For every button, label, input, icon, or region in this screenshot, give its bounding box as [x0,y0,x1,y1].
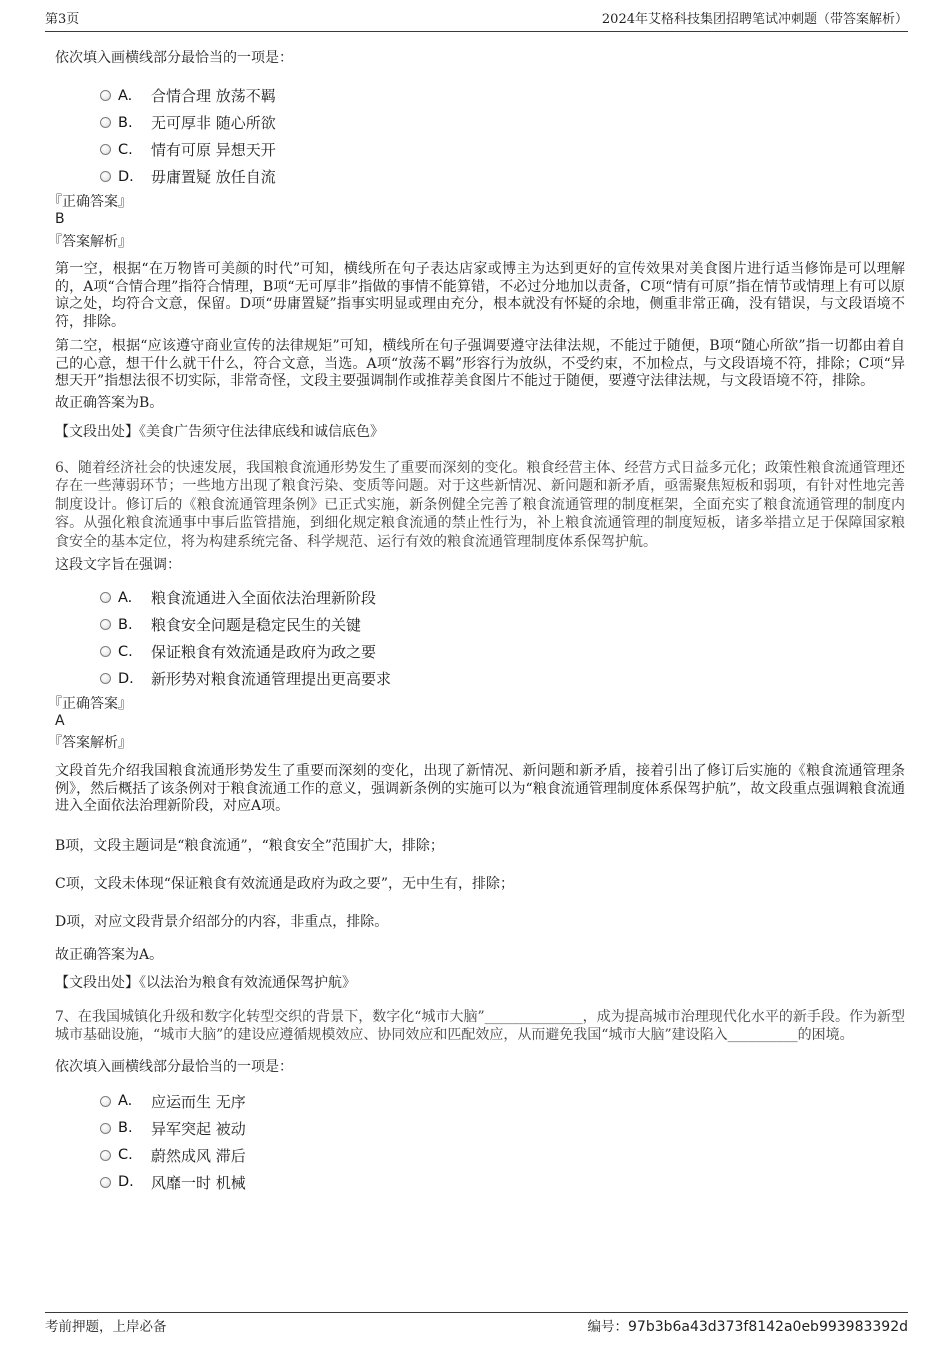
q5-option-a[interactable]: A. 合情合理 放荡不羁 [55,82,905,109]
option-letter: C. [118,142,151,158]
q5-correct-answer-value: B [55,211,905,228]
q5-option-c[interactable]: C. 情有可原 异想天开 [55,136,905,163]
q5-option-d[interactable]: D. 毋庸置疑 放任自流 [55,163,905,190]
option-letter: C. [118,1147,151,1163]
q6-option-c[interactable]: C. 保证粮食有效流通是政府为政之要 [55,638,905,665]
q6-option-d-note: D项，对应文段背景介绍部分的内容，非重点，排除。 [55,914,905,931]
option-letter: C. [118,644,151,660]
q7-prompt: 依次填入画横线部分最恰当的一项是： [55,1059,905,1076]
option-text: 蔚然成风 滞后 [151,1145,246,1166]
q6-question-text: 6、随着经济社会的快速发展，我国粮食流通形势发生了重要而深刻的变化。粮食经营主体… [55,459,905,552]
radio-button-icon[interactable] [100,90,111,101]
option-letter: B. [118,115,151,131]
q7-option-b[interactable]: B. 异军突起 被动 [55,1115,905,1142]
radio-button-icon[interactable] [100,171,111,182]
radio-button-icon[interactable] [100,1096,111,1107]
q6-correct-answer-value: A [55,713,905,730]
radio-button-icon[interactable] [100,1177,111,1188]
option-letter: A. [118,590,151,606]
page-content: 依次填入画横线部分最恰当的一项是： A. 合情合理 放荡不羁 B. 无可厚非 随… [55,48,905,1196]
option-text: 粮食安全问题是稳定民生的关键 [151,614,361,635]
q5-analysis-paragraph-2: 第二空，根据“应该遵守商业宣传的法律规矩”可知，横线所在句子强调要遵守法律法规，… [55,338,905,391]
radio-button-icon[interactable] [100,646,111,657]
page-number: 第3页 [45,12,79,28]
radio-button-icon[interactable] [100,1123,111,1134]
option-text: 合情合理 放荡不羁 [151,85,276,106]
q7-option-d[interactable]: D. 风靡一时 机械 [55,1169,905,1196]
option-text: 情有可原 异想天开 [151,139,276,160]
option-letter: A. [118,88,151,104]
option-letter: A. [118,1093,151,1109]
q6-conclusion: 故正确答案为A。 [55,947,905,964]
q5-conclusion: 故正确答案为B。 [55,395,905,412]
option-text: 异军突起 被动 [151,1118,246,1139]
page-footer: 考前押题，上岸必备 编号：97b3b6a43d373f8142a0eb99398… [45,1312,908,1335]
footer-serial-label: 编号： [588,1319,629,1335]
option-text: 应运而生 无序 [151,1091,246,1112]
option-letter: D. [118,169,151,185]
q5-correct-answer-label: 『正确答案』 [48,194,905,211]
option-letter: D. [118,1174,151,1190]
q5-options: A. 合情合理 放荡不羁 B. 无可厚非 随心所欲 C. 情有可原 异想天开 D… [55,82,905,190]
option-text: 保证粮食有效流通是政府为政之要 [151,641,376,662]
q6-options: A. 粮食流通进入全面依法治理新阶段 B. 粮食安全问题是稳定民生的关键 C. … [55,584,905,692]
radio-button-icon[interactable] [100,619,111,630]
radio-button-icon[interactable] [100,117,111,128]
document-title: 2024年艾格科技集团招聘笔试冲刺题（带答案解析） [602,12,908,28]
option-text: 新形势对粮食流通管理提出更高要求 [151,668,391,689]
q6-source: 【文段出处】《以法治为粮食有效流通保驾护航》 [55,975,905,992]
q6-option-b[interactable]: B. 粮食安全问题是稳定民生的关键 [55,611,905,638]
q6-option-d[interactable]: D. 新形势对粮食流通管理提出更高要求 [55,665,905,692]
q6-option-c-note: C项，文段未体现“保证粮食有效流通是政府为政之要”，无中生有，排除； [55,876,905,893]
option-text: 毋庸置疑 放任自流 [151,166,276,187]
q5-analysis-paragraph-1: 第一空，根据“在万物皆可美颜的时代”可知，横线所在句子表达店家或博主为达到更好的… [55,261,905,331]
option-letter: B. [118,617,151,633]
option-text: 粮食流通进入全面依法治理新阶段 [151,587,376,608]
option-letter: B. [118,1120,151,1136]
q6-option-a[interactable]: A. 粮食流通进入全面依法治理新阶段 [55,584,905,611]
q6-analysis-label: 『答案解析』 [48,735,905,752]
q5-analysis-label: 『答案解析』 [48,234,905,251]
radio-button-icon[interactable] [100,1150,111,1161]
q5-prompt: 依次填入画横线部分最恰当的一项是： [55,50,905,67]
q6-prompt: 这段文字旨在强调： [55,557,905,574]
q7-question-text: 7、在我国城镇化升级和数字化转型交织的背景下，数字化“城市大脑”________… [55,1008,905,1045]
q6-correct-answer-label: 『正确答案』 [48,696,905,713]
q5-option-b[interactable]: B. 无可厚非 随心所欲 [55,109,905,136]
q6-option-b-note: B项，文段主题词是“粮食流通”，“粮食安全”范围扩大，排除； [55,838,905,855]
page-header: 第3页 2024年艾格科技集团招聘笔试冲刺题（带答案解析） [45,12,908,32]
option-text: 无可厚非 随心所欲 [151,112,276,133]
q6-analysis-paragraph: 文段首先介绍我国粮食流通形势发生了重要而深刻的变化，出现了新情况、新问题和新矛盾… [55,763,905,816]
footer-serial-code: 97b3b6a43d373f8142a0eb993983392d [628,1319,908,1335]
radio-button-icon[interactable] [100,673,111,684]
q7-options: A. 应运而生 无序 B. 异军突起 被动 C. 蔚然成风 滞后 D. 风靡一时… [55,1088,905,1196]
footer-serial: 编号：97b3b6a43d373f8142a0eb993983392d [588,1319,909,1335]
option-letter: D. [118,671,151,687]
q5-source: 【文段出处】《美食广告须守住法律底线和诚信底色》 [55,424,905,441]
radio-button-icon[interactable] [100,592,111,603]
footer-slogan: 考前押题，上岸必备 [45,1319,167,1335]
option-text: 风靡一时 机械 [151,1172,246,1193]
q7-option-c[interactable]: C. 蔚然成风 滞后 [55,1142,905,1169]
radio-button-icon[interactable] [100,144,111,155]
q7-option-a[interactable]: A. 应运而生 无序 [55,1088,905,1115]
